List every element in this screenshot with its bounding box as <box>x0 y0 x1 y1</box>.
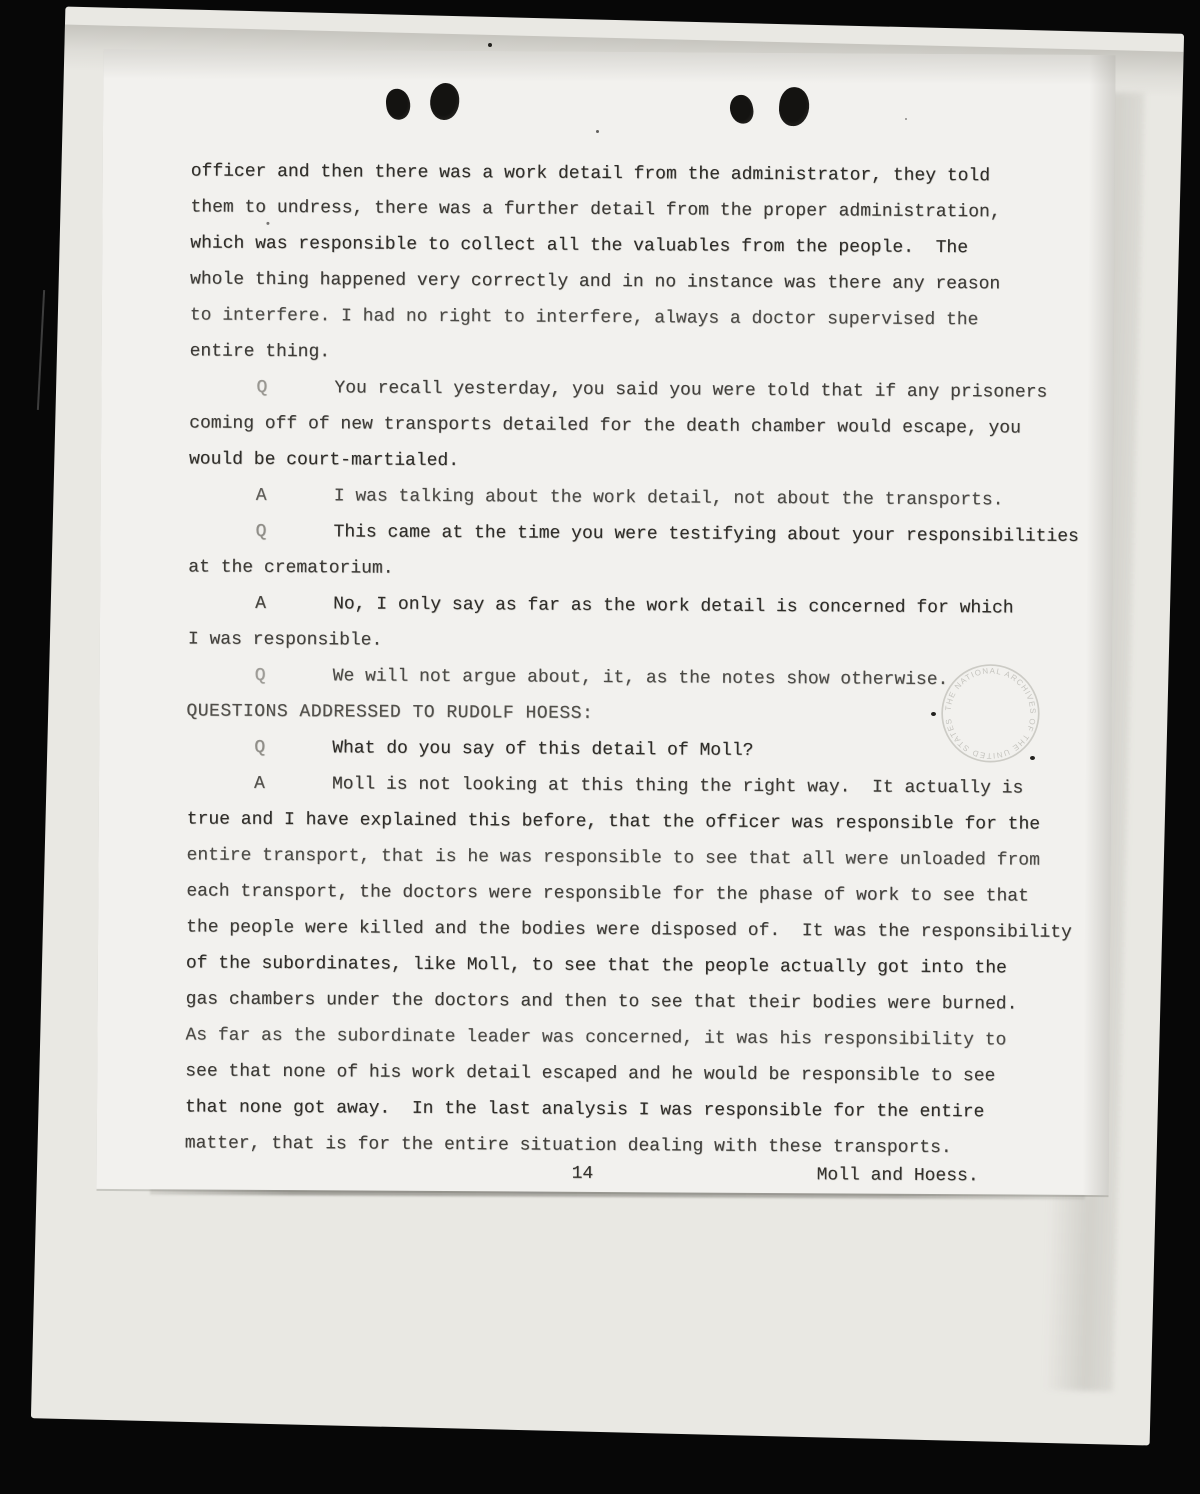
qa-marker: A <box>255 586 266 622</box>
line-text: entire transport, that is he was respons… <box>186 837 1040 878</box>
line-text: true and I have explained this before, t… <box>187 801 1041 842</box>
line-text: at the crematorium. <box>188 549 393 586</box>
transcript-line: the people were killed and the bodies we… <box>186 909 1098 951</box>
transcript-line: each transport, the doctors were respons… <box>186 873 1098 915</box>
qa-marker: Q <box>254 730 265 766</box>
line-text: As far as the subordinate leader was con… <box>185 1017 1006 1058</box>
transcript-line: which was responsible to collect all the… <box>190 225 1102 267</box>
page-footer: 14 Moll and Hoess. <box>185 1153 1097 1195</box>
transcript-line: A No, I only say as far as the work deta… <box>188 585 1100 627</box>
line-text: of the subordinates, like Moll, to see t… <box>186 945 1007 986</box>
transcript-line: to interfere. I had no right to interfer… <box>190 297 1102 339</box>
line-text: We will not argue about, it, as the note… <box>333 658 949 698</box>
transcript-line: of the subordinates, like Moll, to see t… <box>186 945 1098 987</box>
qa-marker: Q <box>255 514 266 550</box>
national-archives-stamp-icon: THE NATIONAL ARCHIVES OF THE UNITED STAT… <box>927 650 1054 777</box>
line-text: entire thing. <box>190 333 331 370</box>
transcript-line: entire transport, that is he was respons… <box>186 837 1098 879</box>
transcript-line: at the crematorium. <box>188 549 1100 591</box>
transcript-line: As far as the subordinate leader was con… <box>185 1017 1097 1059</box>
line-text: which was responsible to collect all the… <box>190 225 968 266</box>
footer-title: Moll and Hoess. <box>817 1157 979 1194</box>
qa-marker: Q <box>255 658 266 694</box>
line-text: each transport, the doctors were respons… <box>186 873 1029 914</box>
line-text: I was talking about the work detail, not… <box>334 478 1004 518</box>
transcript-line: that none got away. In the last analysis… <box>185 1089 1097 1131</box>
transcript-line: whole thing happened very correctly and … <box>190 261 1102 303</box>
stamp-text: THE NATIONAL ARCHIVES OF THE UNITED STAT… <box>943 666 1037 761</box>
punch-hole <box>777 86 811 128</box>
svg-text:THE NATIONAL ARCHIVES OF THE U: THE NATIONAL ARCHIVES OF THE UNITED STAT… <box>943 666 1037 761</box>
punch-hole <box>728 93 756 125</box>
transcript-line: Q This came at the time you were testify… <box>188 513 1100 555</box>
punch-hole <box>429 82 461 121</box>
line-text: gas chambers under the doctors and then … <box>186 981 1018 1022</box>
line-text: them to undress, there was a further det… <box>190 189 1000 230</box>
transcript-line: would be court-martialed. <box>189 441 1101 483</box>
line-text: No, I only say as far as the work detail… <box>333 586 1014 626</box>
document-page: officer and then there was a work detail… <box>97 49 1116 1195</box>
line-text: I was responsible. <box>188 621 383 658</box>
line-text: whole thing happened very correctly and … <box>190 261 1000 302</box>
line-text: This came at the time you were testifyin… <box>333 514 1079 555</box>
transcript-line: entire thing. <box>190 333 1102 375</box>
punch-hole <box>385 88 412 121</box>
line-text: that none got away. In the last analysis… <box>185 1089 985 1130</box>
transcript-line: them to undress, there was a further det… <box>190 189 1102 231</box>
line-text: to interfere. I had no right to interfer… <box>190 297 979 338</box>
transcript-line: Q You recall yesterday, you said you wer… <box>189 369 1101 411</box>
scanner-scratch <box>37 290 45 410</box>
transcript-line: A I was talking about the work detail, n… <box>189 477 1101 519</box>
transcript-line: see that none of his work detail escaped… <box>185 1053 1097 1095</box>
page-number: 14 <box>572 1156 594 1192</box>
line-text: see that none of his work detail escaped… <box>185 1053 995 1094</box>
line-text: What do you say of this detail of Moll? <box>332 730 753 769</box>
transcript-line: officer and then there was a work detail… <box>191 153 1103 195</box>
transcript-line: coming off of new transports detailed fo… <box>189 405 1101 447</box>
line-text: would be court-martialed. <box>189 441 459 479</box>
qa-marker: Q <box>256 370 267 406</box>
qa-marker: A <box>254 766 265 802</box>
line-text: QUESTIONS ADDRESSED TO RUDOLF HOESS: <box>186 693 593 731</box>
line-text: coming off of new transports detailed fo… <box>189 405 1021 446</box>
qa-marker: A <box>256 478 267 514</box>
transcript-line: true and I have explained this before, t… <box>187 801 1099 843</box>
line-text: You recall yesterday, you said you were … <box>334 370 1047 410</box>
line-text: Moll is not looking at this thing the ri… <box>332 766 1024 806</box>
transcript-line: gas chambers under the doctors and then … <box>186 981 1098 1023</box>
line-text: the people were killed and the bodies we… <box>186 909 1072 950</box>
line-text: officer and then there was a work detail… <box>191 153 991 194</box>
scanned-document-image: officer and then there was a work detail… <box>0 0 1200 1494</box>
